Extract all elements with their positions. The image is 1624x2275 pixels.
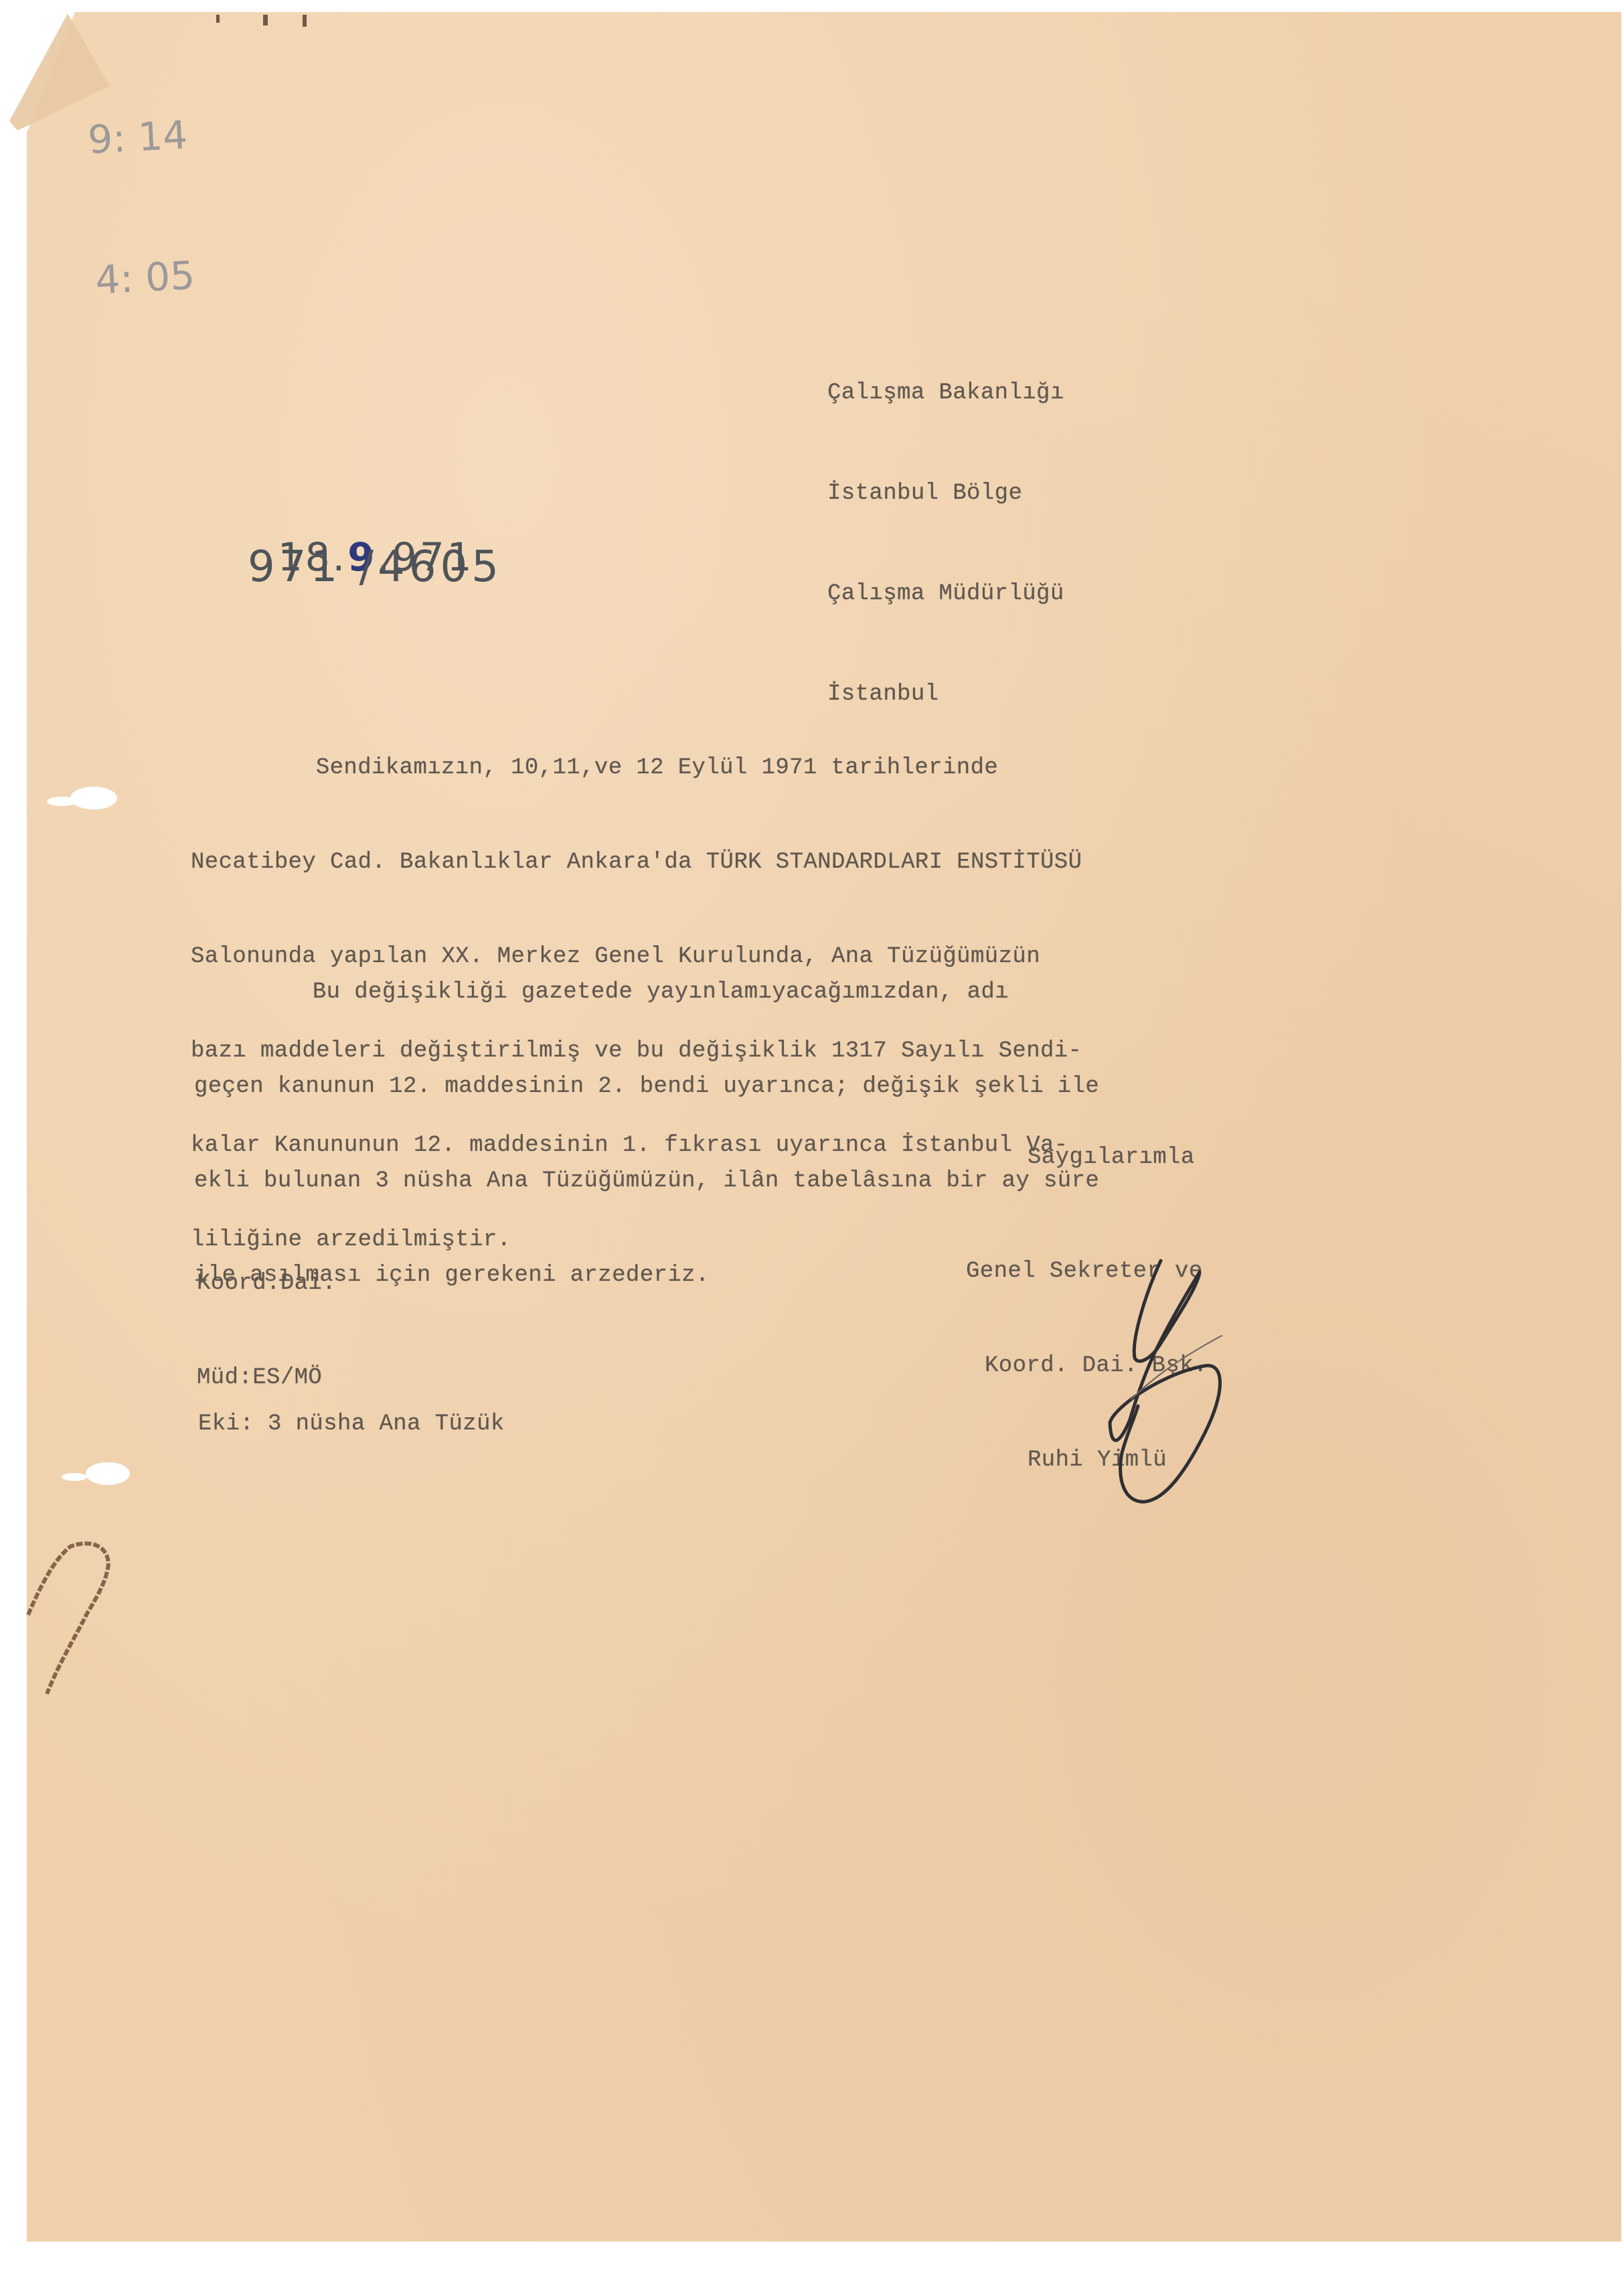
ink-overlay (0, 0, 1624, 2275)
signature (1110, 1261, 1222, 1502)
paper-clip-rust-mark (28, 1543, 108, 1694)
top-edge-marks (216, 15, 307, 27)
